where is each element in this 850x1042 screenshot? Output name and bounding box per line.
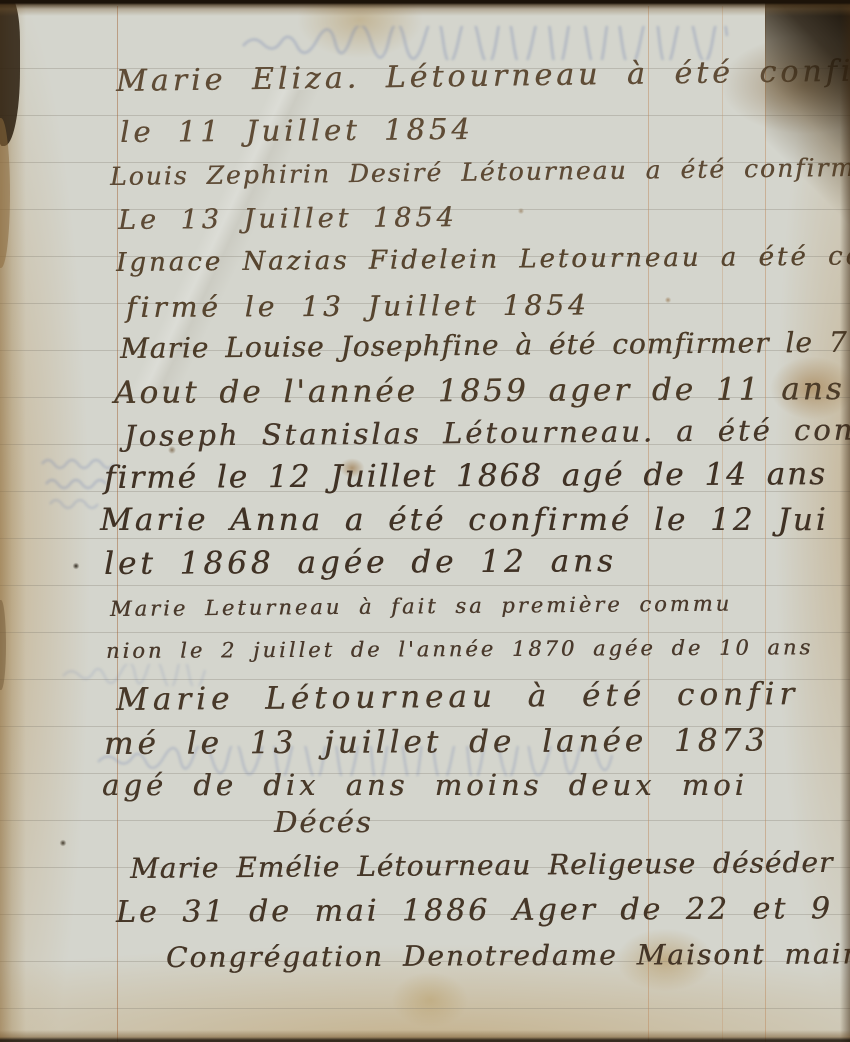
register-page: Marie Eliza. Létourneau à été confirmée … xyxy=(0,0,850,1042)
manuscript-line: Marie Emélie Létourneau Religeuse déséde… xyxy=(130,846,834,885)
manuscript-line: Marie Létourneau à été confir xyxy=(116,676,799,718)
manuscript-line: nion le 2 juillet de l'année 1870 agée d… xyxy=(106,635,813,663)
manuscript-line: Marie Louise Josephfine à été comfirmer … xyxy=(120,326,848,365)
manuscript-line: firmé le 12 Juillet 1868 agé de 14 ans xyxy=(104,456,827,496)
manuscript-line: firmé le 13 Juillet 1854 xyxy=(126,289,590,324)
manuscript-line: Aout de l'année 1859 ager de 11 ans xyxy=(114,371,845,411)
page-bottom-edge xyxy=(0,1030,850,1042)
page-top-edge xyxy=(0,0,850,16)
manuscript-line: Le 13 Juillet 1854 xyxy=(118,202,458,236)
manuscript-line: mé le 13 juillet de lanée 1873 xyxy=(104,723,769,762)
book-cover-corner xyxy=(765,0,850,280)
manuscript-line: agé de dix ans moins deux moi xyxy=(102,768,748,802)
manuscript-line: Marie Anna a été confirmé le 12 Jui xyxy=(100,502,829,538)
manuscript-line: let 1868 agée de 12 ans xyxy=(104,543,617,582)
manuscript-line: le 11 Juillet 1854 xyxy=(120,112,474,149)
section-heading-deces: Décés xyxy=(274,805,373,839)
manuscript-line: Le 31 de mai 1886 Ager de 22 et 9 mois xyxy=(116,891,850,930)
page-right-edge xyxy=(840,0,850,1042)
manuscript-line: Joseph Stanislas Létourneau. a été con xyxy=(124,413,850,453)
manuscript-line: Congrégation Denotredame Maisont maire xyxy=(166,937,850,974)
manuscript-line: Ignace Nazias Fidelein Letourneau a été … xyxy=(116,241,850,278)
